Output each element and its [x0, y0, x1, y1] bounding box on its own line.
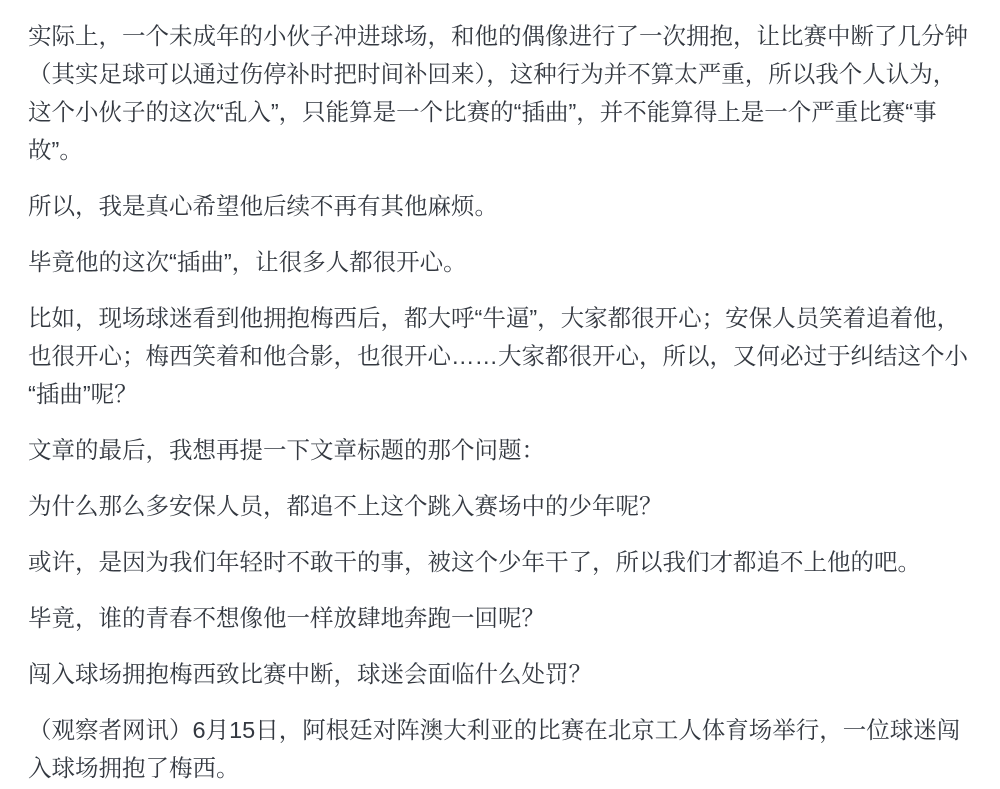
paragraph-7: 或许，是因为我们年轻时不敢干的事，被这个少年干了，所以我们才都追不上他的吧。: [28, 543, 973, 581]
paragraph-10: （观察者网讯）6月15日，阿根廷对阵澳大利亚的比赛在北京工人体育场举行，一位球迷…: [28, 711, 973, 787]
paragraph-8: 毕竟，谁的青春不想像他一样放肆地奔跑一回呢？: [28, 599, 973, 637]
article-body: 实际上，一个未成年的小伙子冲进球场，和他的偶像进行了一次拥抱，让比赛中断了几分钟…: [0, 0, 1000, 787]
paragraph-1: 实际上，一个未成年的小伙子冲进球场，和他的偶像进行了一次拥抱，让比赛中断了几分钟…: [28, 17, 973, 169]
paragraph-3: 毕竟他的这次“插曲”，让很多人都很开心。: [28, 243, 973, 281]
paragraph-6: 为什么那么多安保人员，都追不上这个跳入赛场中的少年呢？: [28, 487, 973, 525]
paragraph-4: 比如，现场球迷看到他拥抱梅西后，都大呼“牛逼”，大家都很开心；安保人员笑着追着他…: [28, 299, 973, 413]
paragraph-5: 文章的最后，我想再提一下文章标题的那个问题：: [28, 431, 973, 469]
paragraph-2: 所以，我是真心希望他后续不再有其他麻烦。: [28, 187, 973, 225]
paragraph-9: 闯入球场拥抱梅西致比赛中断，球迷会面临什么处罚？: [28, 655, 973, 693]
